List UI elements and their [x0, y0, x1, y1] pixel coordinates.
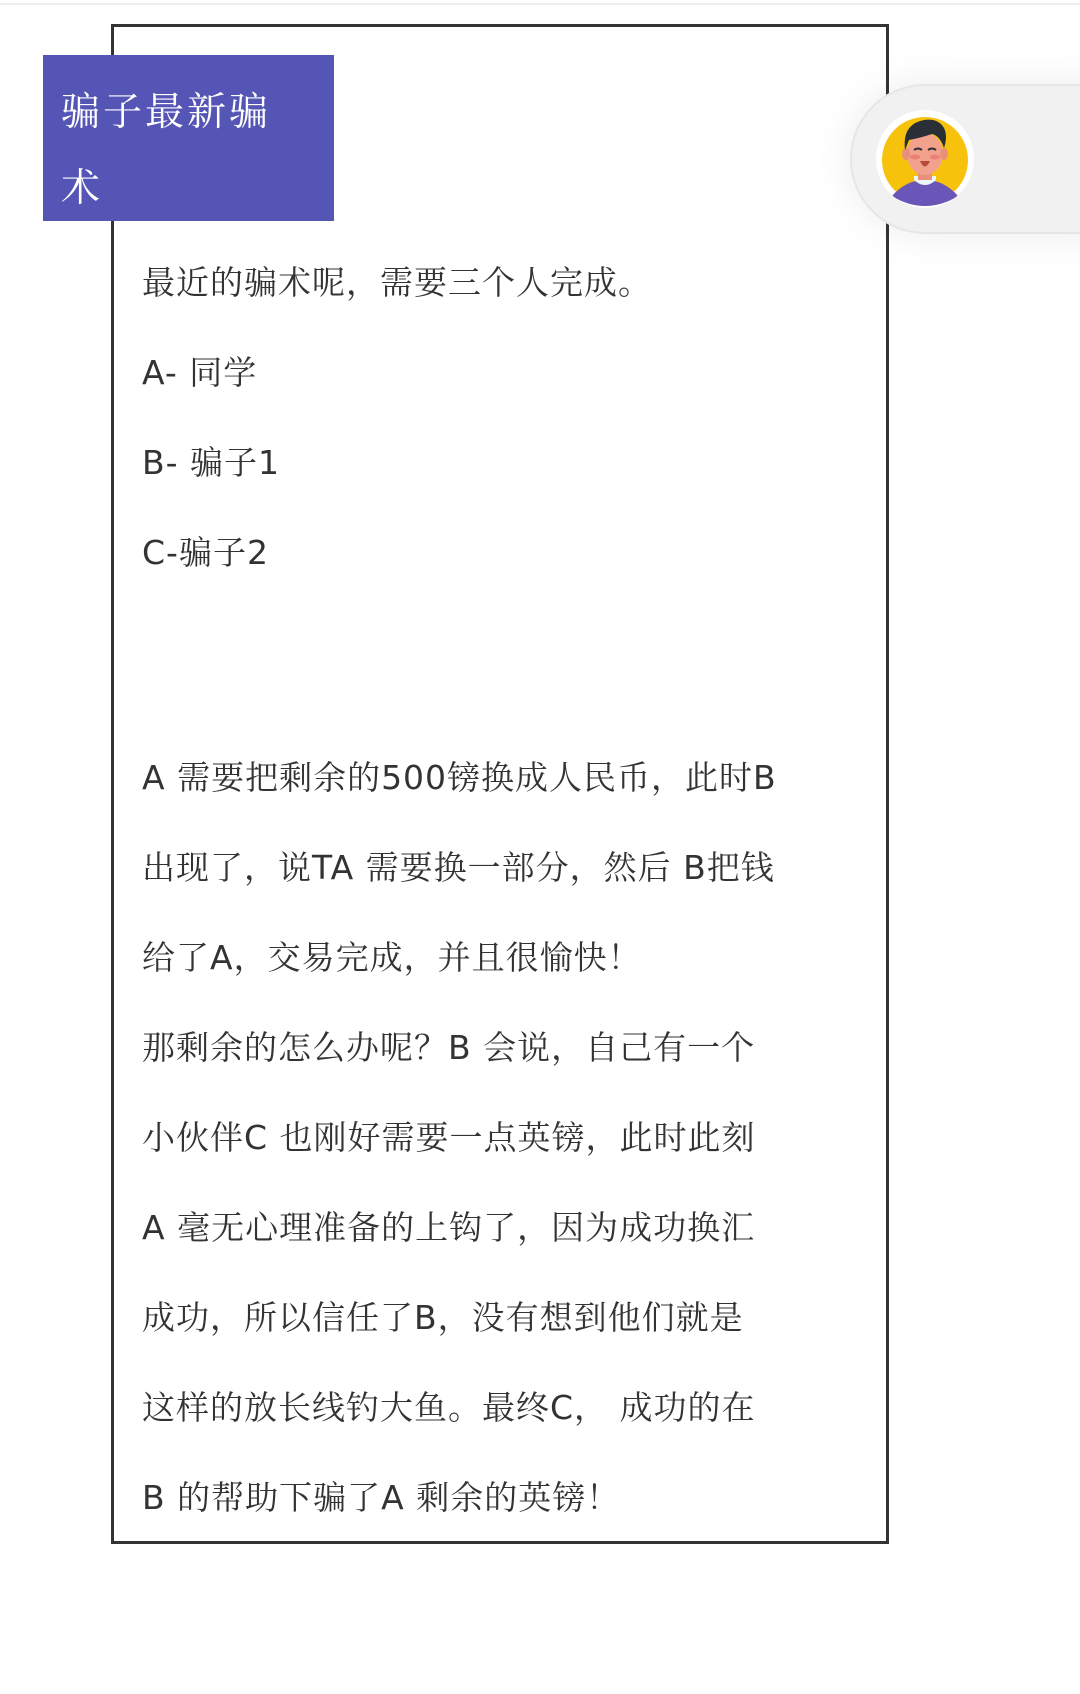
story-line: 那剩余的怎么办呢？B 会说，自己有一个	[142, 1003, 862, 1093]
role-c: C-骗子2	[142, 508, 862, 598]
blank-line	[142, 688, 862, 733]
top-divider	[0, 3, 1080, 5]
story-line: 小伙伴C 也刚好需要一点英镑，此时此刻	[142, 1093, 862, 1183]
story-line: 给了A，交易完成，并且很愉快！	[142, 913, 862, 1003]
blank-line	[142, 598, 862, 688]
title-line-2: 术	[61, 151, 334, 227]
role-b: B- 骗子1	[142, 418, 862, 508]
article-body: 最近的骗术呢，需要三个人完成。 A- 同学 B- 骗子1 C-骗子2 A 需要把…	[142, 238, 862, 1543]
story-line: A 需要把剩余的500镑换成人民币，此时B	[142, 733, 862, 823]
title-line-1: 骗子最新骗	[61, 75, 334, 151]
article-title: 骗子最新骗 术	[43, 55, 334, 221]
story-line: A 毫无心理准备的上钩了，因为成功换汇	[142, 1183, 862, 1273]
story-line: 成功，所以信任了B，没有想到他们就是	[142, 1273, 862, 1363]
avatar-cartoon-man-icon[interactable]	[876, 110, 974, 208]
story-line: 出现了，说TA 需要换一部分，然后 B把钱	[142, 823, 862, 913]
intro-paragraph: 最近的骗术呢，需要三个人完成。	[142, 238, 862, 328]
story-line: 这样的放长线钓大鱼。最终C， 成功的在	[142, 1363, 862, 1453]
role-a: A- 同学	[142, 328, 862, 418]
story-line: B 的帮助下骗了A 剩余的英镑！	[142, 1453, 862, 1543]
